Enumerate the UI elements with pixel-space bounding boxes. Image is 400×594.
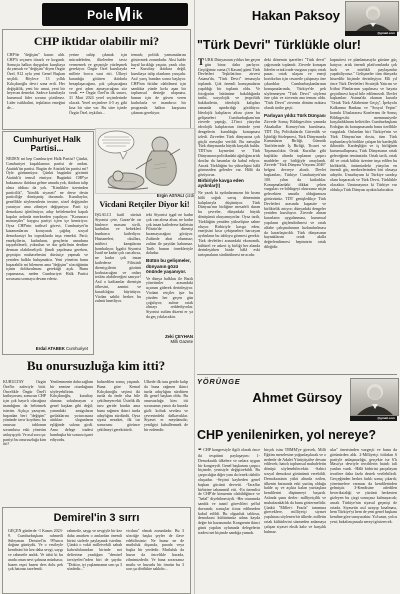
byline-erdal-atabek: Erdal ATABEK Cumhuriyet bbox=[6, 346, 88, 351]
columnist-name-paksoy: Hakan Paksoy bbox=[200, 8, 340, 23]
byline-name: Erdal ATABEK bbox=[36, 346, 65, 351]
masthead-polemik: Pole M ik bbox=[42, 3, 188, 26]
article-column: CHP'de "değişim" kararı aldı. CHP'li seç… bbox=[7, 53, 65, 125]
article-text: ÜRK Dünyasının yıldızı her geçen gün bir… bbox=[198, 58, 260, 177]
article-chp-iktidar-box: CHP iktidar olabilir mi? CHP'de "değişim… bbox=[2, 29, 191, 130]
columnist-name-gursoy: Ahmet Gürsoy bbox=[200, 390, 342, 405]
masthead-text-pre: Pole bbox=[87, 8, 114, 22]
headline-turk-devri: "Türk Devri" Türklükle olur! bbox=[197, 38, 398, 52]
article-demirel-box: Demirel'in 3 sırrı GEÇEN günlerde -1 Kas… bbox=[2, 507, 191, 594]
article-column: bahsedilen sonuç yaşandı. Buna göre Kema… bbox=[97, 380, 140, 501]
article-column: rahmetle, saygı ve sevgiyle bir kez daha… bbox=[67, 529, 122, 589]
article-subhead: Birbiriyle kavga eden aydınlar(!) bbox=[198, 178, 260, 189]
article-column: deki dönemin işaretleri "Türk devri" çağ… bbox=[264, 58, 326, 372]
headline-chp-iktidar: CHP iktidar olabilir mi? bbox=[3, 34, 190, 49]
article-column: ular" önerisinden vazgeçti ve bunu da gö… bbox=[330, 448, 397, 592]
article-column: vicdanı" olmak zorundadır. Bu 3 sözcüğe … bbox=[126, 529, 184, 589]
byline-source: Milli Gazete bbox=[140, 339, 193, 344]
section-rule bbox=[197, 374, 397, 375]
portrait-photo bbox=[351, 379, 398, 415]
column-divider bbox=[194, 0, 195, 594]
cartoon-credit-suffix: çizdi bbox=[185, 193, 194, 198]
article-text: Ve dünya halkları ile Batılı yönetimler … bbox=[146, 277, 193, 320]
article-column: İŞGALCİ katil sürüsü Siyonist çete, Gazz… bbox=[95, 213, 141, 349]
headline-demirel: Demirel'in 3 sırrı bbox=[3, 512, 190, 524]
masthead-text-post: ik bbox=[132, 8, 143, 22]
article-column: Yenilenmenin daha sağlam bir zemine otur… bbox=[50, 380, 93, 501]
article-column: KURULTAY Özgür Özel'in zaferiyle bitti. … bbox=[3, 380, 46, 501]
article-column: Ülkede ilk turu geride kalıp da buna rağ… bbox=[144, 380, 188, 501]
article-column: NEDEN mi hep Cumhuriyet Halk Partisi? Çü… bbox=[6, 157, 88, 337]
headline-chp-yenilenirken: CHP yenilenirken, yol nereye? bbox=[197, 428, 398, 442]
speech-bubble bbox=[98, 131, 134, 153]
cartoon-credit-name: Ergin ASYALI bbox=[157, 193, 184, 198]
article-text: teki Siyonist işgal ne kadar çok can alı… bbox=[146, 213, 193, 256]
headline-cumhuriyet: Cumhuriyet Halk Partisi... bbox=[5, 135, 89, 153]
columnist-photo-gursoy bbox=[350, 378, 399, 416]
portrait-photo bbox=[346, 2, 398, 31]
article-subhead: Parlayan yıldız Türk Dünyası bbox=[264, 113, 326, 119]
columnist-email-gursoy: @gmail.com bbox=[350, 416, 397, 421]
article-column: temadı; politik yansımalarını göstermek … bbox=[131, 53, 186, 125]
caricature-sketch bbox=[96, 129, 195, 193]
newspaper-page: Pole M ik CHP iktidar olabilir mi? CHP'd… bbox=[0, 0, 400, 594]
article-column: teki Siyonist işgal ne kadar çok can alı… bbox=[146, 213, 193, 332]
article-text: Ne yazık ki aydınlarımızın bir kısmı hâl… bbox=[198, 191, 260, 258]
article-subhead: Bütün bu gelişmeler, dünyanın gözü önünd… bbox=[146, 258, 193, 275]
article-cumhuriyet-box: Cumhuriyet Halk Partisi... NEDEN mi hep … bbox=[2, 131, 94, 355]
cartoon-credit: Ergin ASYALI çizdi bbox=[95, 193, 194, 198]
article-text: deki dönemin işaretleri "Türk devri" çağ… bbox=[264, 58, 326, 111]
section-label-yorunge: YÖRÜNGE bbox=[197, 377, 241, 386]
masthead-big-m: M bbox=[115, 5, 132, 25]
dropcap-letter: T bbox=[198, 58, 204, 66]
article-text: CHP kongresiyle ilgili olarak önce iki t… bbox=[198, 448, 260, 535]
columnist-photo-paksoy bbox=[345, 1, 399, 32]
article-column: birçok isim TBMM'ye girecek, Milli Eğiti… bbox=[264, 448, 326, 592]
byline-zeki-ceyhan: Zeki ÇEYHAN Milli Gazete bbox=[140, 334, 193, 345]
article-text: Zirvede Sonuç Bildirgesi'nin yanında Aks… bbox=[264, 120, 326, 250]
cartoon-drawing bbox=[95, 128, 196, 194]
columnist-email-paksoy: @gmail.com bbox=[345, 31, 397, 36]
byline-source: Cumhuriyet bbox=[66, 346, 88, 351]
article-column: kapasitesi ve planlamasıyla gücüne güç k… bbox=[330, 58, 397, 372]
article-column: ✒CHP kongresiyle ilgili olarak önce iki … bbox=[198, 448, 260, 592]
article-column: TÜRK Dünyasının yıldızı her geçen gün bi… bbox=[198, 58, 260, 372]
article-column: yerine sahip çıkmak için mücadeleden, il… bbox=[69, 53, 127, 125]
article-column: GEÇEN günlerde -1 Kasım 2023- 9. Cumhurb… bbox=[8, 529, 63, 589]
headline-vicdani: Vicdani Retçiler Diyor ki! bbox=[94, 200, 195, 209]
headline-onursuzluk: Bu onursuzluğa kim itti? bbox=[2, 358, 190, 374]
